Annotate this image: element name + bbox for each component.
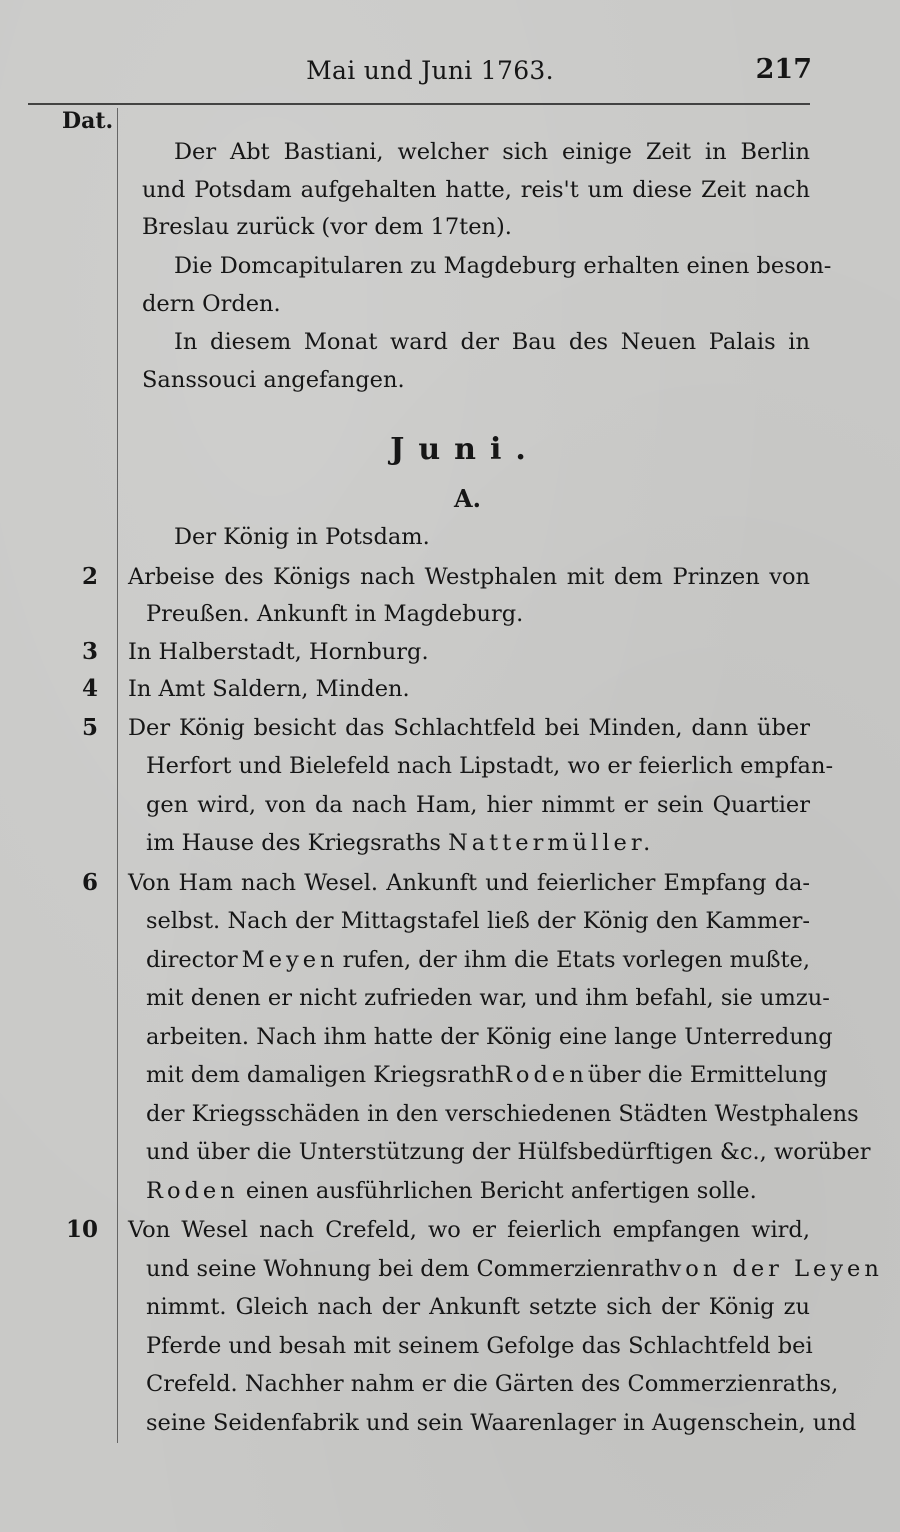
- name-von-der-leyen: von der Leyen: [669, 1254, 883, 1284]
- text-line: Die Domcapitularen zu Magdeburg erhalten…: [174, 251, 810, 281]
- text-line: Von Ham nach Wesel. Ankunft und feierlic…: [128, 868, 810, 898]
- text-line: der Kriegsschäden in den verschiedenen S…: [146, 1099, 810, 1129]
- text-span: mit dem damaligen Kriegsrath: [146, 1060, 495, 1090]
- text-line: Roden einen ausführlichen Bericht anfert…: [146, 1176, 757, 1206]
- text-line: und Potsdam aufgehalten hatte, reis't um…: [142, 175, 810, 205]
- text-line: mit denen er nicht zufrieden war, und ih…: [146, 983, 810, 1013]
- entry-date: 5: [58, 713, 98, 743]
- text-line: und seine Wohnung bei dem Commerzienrath…: [146, 1254, 810, 1284]
- text-line: In diesem Monat ward der Bau des Neuen P…: [174, 327, 810, 357]
- text-line: In Halberstadt, Hornburg.: [128, 637, 429, 667]
- running-head: Mai und Juni 1763. 217: [0, 52, 900, 92]
- text-line: Pferde und besah mit seinem Gefolge das …: [146, 1331, 810, 1361]
- section-heading: A.: [0, 484, 900, 513]
- text-line: nimmt. Gleich nach der Ankunft setzte si…: [146, 1292, 810, 1322]
- text-line: Arbeise des Königs nach Westphalen mit d…: [128, 562, 810, 592]
- name-roden: Roden: [146, 1178, 239, 1204]
- text-line: seine Seidenfabrik und sein Waarenlager …: [146, 1408, 810, 1438]
- name-meyen: Meyen: [242, 945, 339, 975]
- text-line: selbst. Nach der Mittagstafel ließ der K…: [146, 906, 810, 936]
- date-column-label: Dat.: [62, 108, 113, 134]
- entry-date: 3: [58, 637, 98, 667]
- entry-date: 4: [58, 674, 98, 704]
- text-line: Der Abt Bastiani, welcher sich einige Ze…: [174, 137, 810, 167]
- text-span: director: [146, 945, 238, 975]
- month-heading: Juni.: [0, 432, 900, 467]
- entry-date: 6: [58, 868, 98, 898]
- text-span: und seine Wohnung bei dem Commerzienrath: [146, 1254, 669, 1284]
- page-number: 217: [756, 54, 812, 85]
- text-line: Herfort und Bielefeld nach Lipstadt, wo …: [146, 751, 810, 781]
- text-span: einen ausführlichen Bericht anfertigen s…: [246, 1178, 757, 1204]
- entry-date: 2: [58, 562, 98, 592]
- text-line: Preußen. Ankunft in Magdeburg.: [146, 599, 523, 629]
- header-rule: [28, 103, 810, 105]
- text-line: gen wird, von da nach Ham, hier nimmt er…: [146, 790, 810, 820]
- name-roden: Roden: [495, 1060, 588, 1090]
- text-line: director Meyen rufen, der ihm die Etats …: [146, 945, 810, 975]
- text-line: arbeiten. Nach ihm hatte der König eine …: [146, 1022, 810, 1052]
- date-column-rule: [117, 108, 118, 1443]
- text-line: Der König besicht das Schlachtfeld bei M…: [128, 713, 810, 743]
- text-span: über die Ermittelung: [588, 1060, 828, 1090]
- text-line: im Hause des Kriegsraths Nattermüller.: [146, 828, 654, 858]
- running-title: Mai und Juni 1763.: [0, 56, 860, 85]
- text-line: In Amt Saldern, Minden.: [128, 674, 410, 704]
- text-line: Von Wesel nach Crefeld, wo er feierlich …: [128, 1215, 810, 1245]
- text-line: Sanssouci angefangen.: [142, 365, 405, 395]
- book-page: Mai und Juni 1763. 217 Dat. Der Abt Bast…: [0, 0, 900, 1532]
- entry-date: 10: [58, 1215, 98, 1245]
- subheading: Der König in Potsdam.: [174, 522, 430, 552]
- text-span: rufen, der ihm die Etats vorlegen mußte,: [343, 945, 810, 975]
- text-line: dern Orden.: [142, 289, 281, 319]
- text-span: im Hause des Kriegsraths: [146, 830, 441, 856]
- text-line: Breslau zurück (vor dem 17ten).: [142, 212, 512, 242]
- text-line: und über die Unterstützung der Hülfsbedü…: [146, 1137, 810, 1167]
- text-line: Crefeld. Nachher nahm er die Gärten des …: [146, 1369, 810, 1399]
- text-line: mit dem damaligen Kriegsrath Roden über …: [146, 1060, 810, 1090]
- name-nattermueller: Nattermüller.: [448, 830, 654, 856]
